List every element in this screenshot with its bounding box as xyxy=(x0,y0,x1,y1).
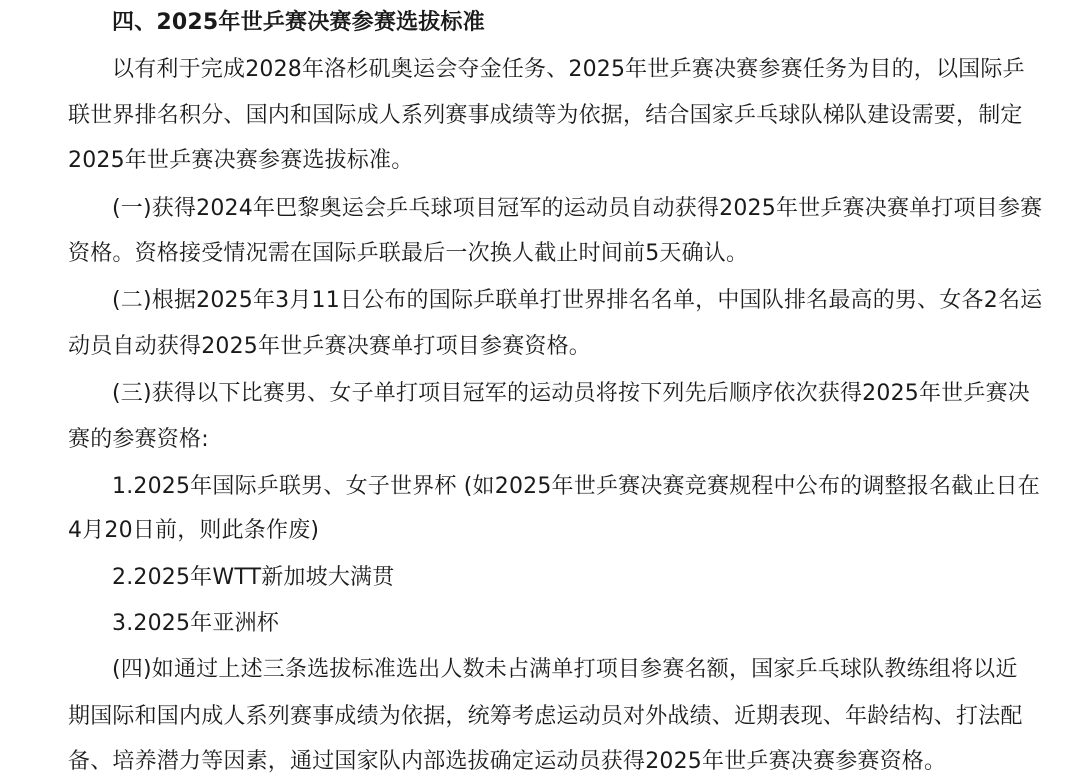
section-heading: 四、2025年世乒赛决赛参赛选拔标准 xyxy=(112,8,485,38)
list-item-3: 3.2025年亚洲杯 xyxy=(112,609,279,639)
clause-4-line-2: 期国际和国内成人系列赛事成绩为依据，统筹考虑运动员对外战绩、近期表现、年龄结构、… xyxy=(68,702,1023,732)
clause-4-line-3: 备、培养潜力等因素，通过国家队内部选拔确定运动员获得2025年世乒赛决赛参赛资格… xyxy=(68,747,946,777)
clause-2-line-2: 动员自动获得2025年世乒赛决赛单打项目参赛资格。 xyxy=(68,332,591,362)
clause-1-line-2: 资格。资格接受情况需在国际乒联最后一次换人截止时间前5天确认。 xyxy=(68,239,748,269)
clause-3-line-2: 赛的参赛资格: xyxy=(68,425,209,455)
clause-1-line-1: (一)获得2024年巴黎奥运会乒乓球项目冠军的运动员自动获得2025年世乒赛决赛… xyxy=(112,194,1042,224)
list-item-1-line-2: 4月20日前，则此条作废) xyxy=(68,516,319,546)
paragraph-intro-line-2: 联世界排名积分、国内和国际成人系列赛事成绩等为依据，结合国家乒乓球队梯队建设需要… xyxy=(68,101,1023,131)
clause-2-line-1: (二)根据2025年3月11日公布的国际乒联单打世界排名名单，中国队排名最高的男… xyxy=(112,286,1042,316)
paragraph-intro-line-1: 以有利于完成2028年洛杉矶奥运会夺金任务、2025年世乒赛决赛参赛任务为目的，… xyxy=(112,55,1025,85)
paragraph-intro-line-3: 2025年世乒赛决赛参赛选拔标准。 xyxy=(68,146,413,176)
list-item-2: 2.2025年WTT新加坡大满贯 xyxy=(112,563,394,593)
clause-4-line-1: (四)如通过上述三条选拔标准选出人数未占满单打项目参赛名额，国家乒乓球队教练组将… xyxy=(112,655,1018,685)
list-item-1-line-1: 1.2025年国际乒联男、女子世界杯 (如2025年世乒赛决赛竞赛规程中公布的调… xyxy=(112,472,1040,502)
clause-3-line-1: (三)获得以下比赛男、女子单打项目冠军的运动员将按下列先后顺序依次获得2025年… xyxy=(112,379,1030,409)
